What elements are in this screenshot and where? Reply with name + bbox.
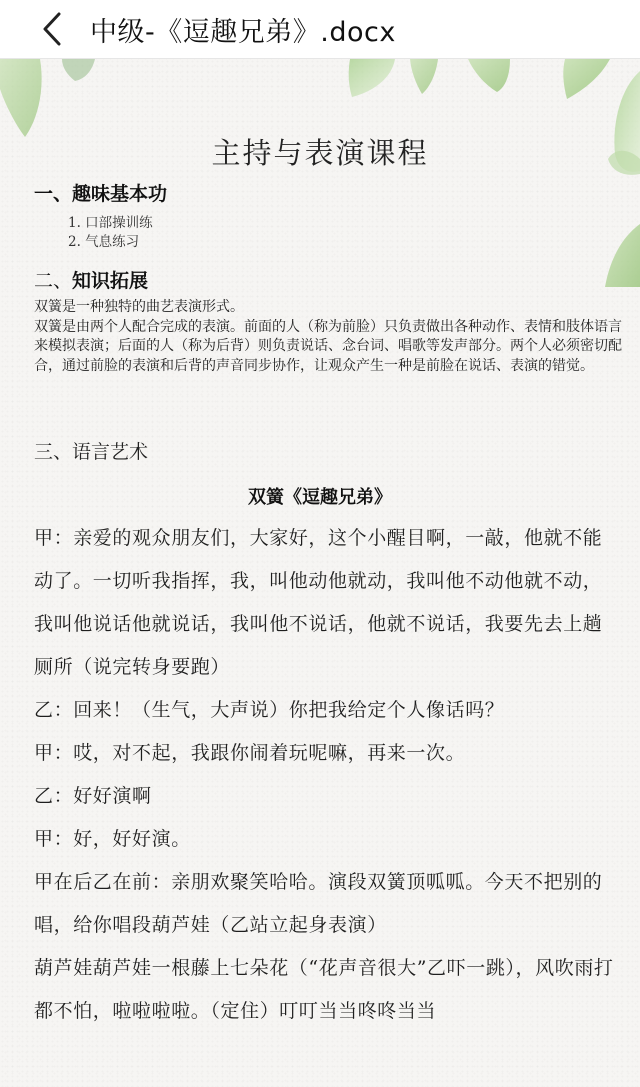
script-title: 双簧《逗趣兄弟》 <box>0 483 640 509</box>
paragraph-line: 双簧是一种独特的曲艺表演形式。 <box>34 298 624 318</box>
list-item: 2. 气息练习 <box>68 233 153 252</box>
section-number: 一、 <box>34 183 72 205</box>
paragraph-line: 双簧是由两个人配合完成的表演。前面的人（称为前脸）只负责做出各种动作、表情和肢体… <box>34 318 624 377</box>
section-heading-1: 一、趣味基本功 <box>34 179 167 206</box>
document-page[interactable]: 主持与表演课程 一、趣味基本功 1. 口部操训练 2. 气息练习 二、知识拓展 … <box>0 58 640 1087</box>
section-heading-text: 趣味基本功 <box>72 183 167 205</box>
section-heading-2: 二、知识拓展 <box>34 266 148 293</box>
script-line: 甲在后乙在前：亲朋欢聚笑哈哈。演段双簧顶呱呱。今天不把别的唱，给你唱段葫芦娃（乙… <box>34 861 614 947</box>
script-line: 乙：好好演啊 <box>34 775 614 818</box>
script-body: 甲：亲爱的观众朋友们，大家好，这个小醒目啊，一敲，他就不能动了。一切听我指挥，我… <box>34 517 614 1033</box>
script-line: 甲：亲爱的观众朋友们，大家好，这个小醒目啊，一敲，他就不能动了。一切听我指挥，我… <box>34 517 614 689</box>
section-heading-text: 知识拓展 <box>72 270 148 292</box>
script-line: 甲：好，好好演。 <box>34 818 614 861</box>
exercise-list: 1. 口部操训练 2. 气息练习 <box>68 214 153 252</box>
chevron-left-icon <box>41 12 63 46</box>
back-button[interactable] <box>32 9 72 49</box>
script-line: 葫芦娃葫芦娃一根藤上七朵花（“花声音很大”乙吓一跳），风吹雨打都不怕，啦啦啦啦。… <box>34 947 614 1033</box>
intro-paragraph: 双簧是一种独特的曲艺表演形式。 双簧是由两个人配合完成的表演。前面的人（称为前脸… <box>34 298 624 376</box>
document-title: 主持与表演课程 <box>0 131 640 172</box>
section-heading-3: 三、语言艺术 <box>34 437 148 464</box>
script-line: 乙：回来！（生气，大声说）你把我给定个人像话吗？ <box>34 689 614 732</box>
script-line: 甲：哎，对不起，我跟你闹着玩呢嘛，再来一次。 <box>34 732 614 775</box>
list-item: 1. 口部操训练 <box>68 214 153 233</box>
section-number: 二、 <box>34 270 72 292</box>
top-bar: 中级-《逗趣兄弟》.docx <box>0 0 640 58</box>
document-filename: 中级-《逗趣兄弟》.docx <box>90 10 396 49</box>
